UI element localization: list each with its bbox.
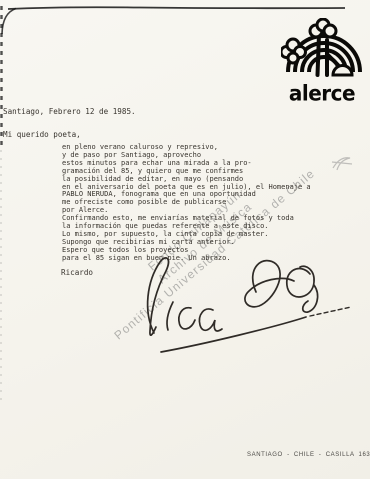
letter-body: en pleno verano caluroso y represivo, y … xyxy=(62,144,362,263)
alerce-wordmark: alerce xyxy=(281,84,363,103)
scanned-letter-page: alerce Fondo Quilapayún Archivo de Músic… xyxy=(0,0,370,479)
alerce-tree-rainbow-icon xyxy=(281,18,363,78)
date-line: Santiago, Febrero 12 de 1985. xyxy=(3,107,136,116)
signature-scrawl xyxy=(123,247,361,365)
footer-address: SANTIAGO - CHILE - CASILLA 1632 xyxy=(247,452,370,458)
stray-mark xyxy=(330,152,356,174)
alerce-logo: alerce xyxy=(281,18,363,102)
signoff-name: Ricardo xyxy=(61,268,93,277)
salutation: Mi querido poeta, xyxy=(3,130,81,139)
